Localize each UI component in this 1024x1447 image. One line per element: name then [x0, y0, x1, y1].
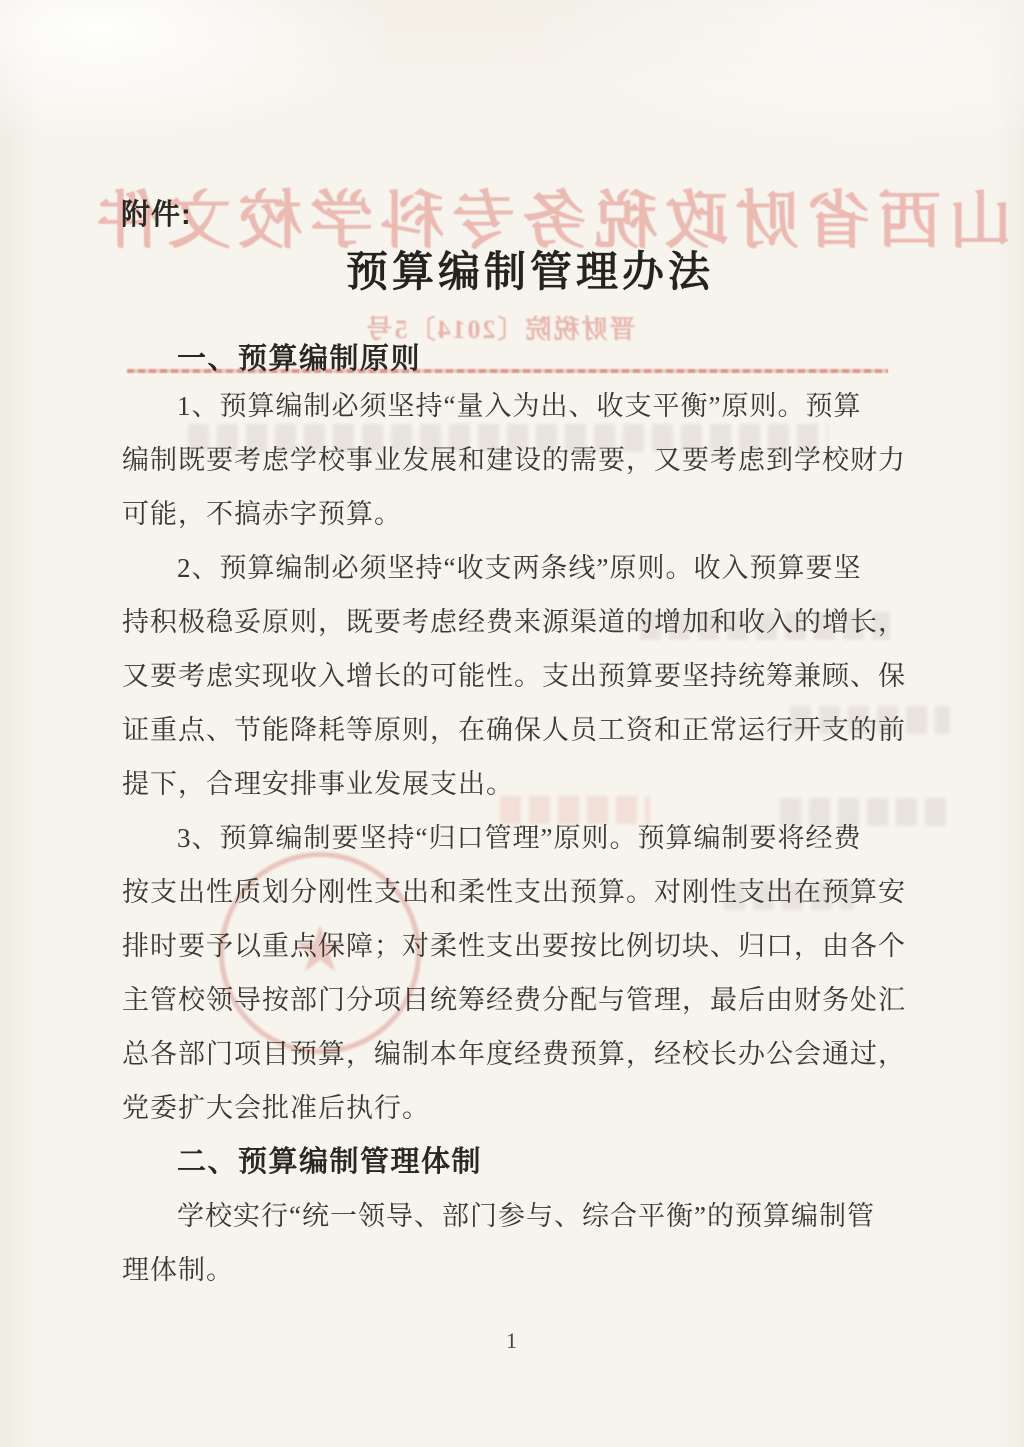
- body-line: 2、预算编制必须坚持“收支两条线”原则。收入预算要坚: [122, 541, 902, 595]
- page-number: 1: [0, 1328, 1024, 1354]
- body-line: 1、预算编制必须坚持“量入为出、收支平衡”原则。预算: [122, 379, 902, 433]
- body-line: 排时要予以重点保障；对柔性支出要按比例切块、归口，由各个: [122, 919, 902, 973]
- body-line: 总各部门项目预算，编制本年度经费预算，经校长办公会通过，: [122, 1027, 902, 1081]
- body-line: 按支出性质划分刚性支出和柔性支出预算。对刚性支出在预算安: [122, 865, 902, 919]
- body-line: 理体制。: [122, 1243, 902, 1297]
- body-line: 提下，合理安排事业发展支出。: [122, 757, 902, 811]
- body-line: 主管校领导按部门分项目统筹经费分配与管理，最后由财务处汇: [122, 973, 902, 1027]
- attachment-label: 附件:: [121, 192, 192, 233]
- body-line: 又要考虑实现收入增长的可能性。支出预算要坚持统筹兼顾、保: [122, 649, 902, 703]
- body-line: 党委扩大会批准后执行。: [122, 1081, 902, 1135]
- body-line: 持积极稳妥原则，既要考虑经费来源渠道的增加和收入的增长，: [122, 595, 902, 649]
- section-1-heading: 一、预算编制原则: [177, 336, 421, 377]
- document-body: 1、预算编制必须坚持“量入为出、收支平衡”原则。预算 编制既要考虑学校事业发展和…: [122, 379, 902, 1297]
- scanned-document-page: 山西省财政税务专科学校文件 晋财税院〔2014〕5号 ★ 附件: 预算编制管理办…: [0, 0, 1024, 1447]
- section-2-heading: 二、预算编制管理体制: [122, 1135, 902, 1189]
- body-line: 证重点、节能降耗等原则，在确保人员工资和正常运行开支的前: [122, 703, 902, 757]
- body-line: 3、预算编制要坚持“归口管理”原则。预算编制要将经费: [122, 811, 902, 865]
- body-line: 编制既要考虑学校事业发展和建设的需要，又要考虑到学校财力: [122, 433, 902, 487]
- body-line: 学校实行“统一领导、部门参与、综合平衡”的预算编制管: [122, 1189, 902, 1243]
- body-line: 可能，不搞赤字预算。: [122, 487, 902, 541]
- page-title: 预算编制管理办法: [18, 239, 1024, 299]
